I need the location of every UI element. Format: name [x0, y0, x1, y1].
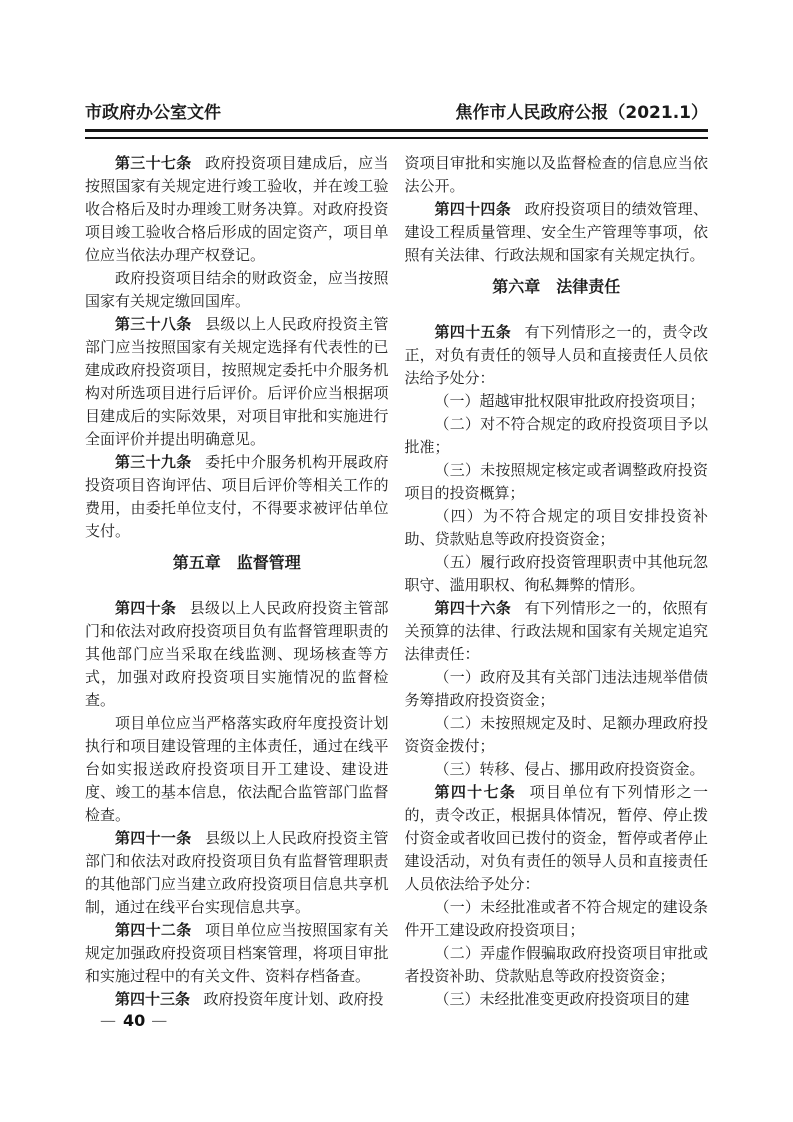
article-text: 政府投资年度计划、政府投	[204, 990, 384, 1008]
article-number: 第四十七条	[435, 783, 517, 801]
article-text: （二）弄虚作假骗取政府投资项目审批或者投资补助、贷款贴息等政府投资资金；	[405, 944, 709, 985]
article-text: （一）政府及其有关部门违法违规举借债务筹措政府投资资金；	[405, 668, 709, 709]
article-paragraph: 第四十五条有下列情形之一的，责令改正，对负有责任的领导人员和直接责任人员依法给予…	[405, 321, 709, 390]
list-item-paragraph: （二）对不符合规定的政府投资项目予以批准；	[405, 413, 709, 459]
list-item-paragraph: （二）未按照规定及时、足额办理政府投资资金拨付；	[405, 712, 709, 758]
article-paragraph: 第四十一条县级以上人民政府投资主管部门和依法对政府投资项目负有监督管理职责的其他…	[85, 827, 389, 919]
article-text: 县级以上人民政府投资主管部门应当按照国家有关规定选择有代表性的已建成政府投资项目…	[85, 315, 389, 448]
article-paragraph: 第三十七条政府投资项目建成后，应当按照国家有关规定进行竣工验收，并在竣工验收合格…	[85, 152, 389, 267]
article-paragraph: 第四十二条项目单位应当按照国家有关规定加强政府投资项目档案管理，将项目审批和实施…	[85, 919, 389, 988]
column-right: 资项目审批和实施以及监督检查的信息应当依法公开。 第四十四条政府投资项目的绩效管…	[405, 152, 709, 1011]
article-paragraph: 第四十条县级以上人民政府投资主管部门和依法对政府投资项目负有监督管理职责的其他部…	[85, 597, 389, 712]
list-item-paragraph: （三）未按照规定核定或者调整政府投资项目的投资概算；	[405, 459, 709, 505]
column-left: 第三十七条政府投资项目建成后，应当按照国家有关规定进行竣工验收，并在竣工验收合格…	[85, 152, 389, 1011]
article-number: 第四十三条	[115, 990, 190, 1008]
article-paragraph: 第四十六条有下列情形之一的，依照有关预算的法律、行政法规和国家有关规定追究法律责…	[405, 597, 709, 666]
article-paragraph: 第四十三条政府投资年度计划、政府投	[85, 988, 389, 1011]
header-right-title: 焦作市人民政府公报（2021.1）	[455, 103, 708, 123]
article-number: 第四十条	[115, 599, 176, 617]
list-item-paragraph: （三）转移、侵占、挪用政府投资资金。	[405, 758, 709, 781]
article-text: （三）转移、侵占、挪用政府投资资金。	[435, 760, 705, 778]
article-number: 第三十七条	[115, 154, 192, 172]
list-item-paragraph: （一）未经批准或者不符合规定的建设条件开工建设政府投资项目；	[405, 896, 709, 942]
article-text: （五）履行政府投资管理职责中其他玩忽职守、滥用职权、徇私舞弊的情形。	[405, 553, 709, 594]
header-double-rule	[85, 129, 708, 139]
continuation-paragraph: 资项目审批和实施以及监督检查的信息应当依法公开。	[405, 152, 709, 198]
article-text: （一）超越审批权限审批政府投资项目；	[435, 392, 705, 410]
article-paragraph: 第四十四条政府投资项目的绩效管理、建设工程质量管理、安全生产管理等事项，依照有关…	[405, 198, 709, 267]
article-number: 第四十五条	[435, 323, 512, 341]
list-item-paragraph: （一）超越审批权限审批政府投资项目；	[405, 390, 709, 413]
footer-right-dash: —	[151, 1011, 168, 1030]
footer-left-dash: —	[100, 1011, 117, 1030]
list-item-paragraph: （一）政府及其有关部门违法违规举借债务筹措政府投资资金；	[405, 666, 709, 712]
article-paragraph: 第三十九条委托中介服务机构开展政府投资项目咨询评估、项目后评价等相关工作的费用，…	[85, 451, 389, 543]
header-left-title: 市政府办公室文件	[85, 103, 221, 123]
article-number: 第三十九条	[115, 453, 192, 471]
article-text: （二）未按照规定及时、足额办理政府投资资金拨付；	[405, 714, 709, 755]
chapter-heading: 第五章 监督管理	[85, 551, 389, 575]
page-footer: —40—	[100, 1010, 168, 1032]
page-content: 市政府办公室文件 焦作市人民政府公报（2021.1） 第三十七条政府投资项目建成…	[85, 103, 708, 1011]
body-paragraph: 政府投资项目结余的财政资金，应当按照国家有关规定缴回国库。	[85, 267, 389, 313]
body-paragraph: 项目单位应当严格落实政府年度投资计划执行和项目建设管理的主体责任，通过在线平台如…	[85, 712, 389, 827]
article-text: 政府投资项目结余的财政资金，应当按照国家有关规定缴回国库。	[85, 269, 389, 310]
article-text: （一）未经批准或者不符合规定的建设条件开工建设政府投资项目；	[405, 898, 709, 939]
article-number: 第四十一条	[115, 829, 192, 847]
article-text: 项目单位应当严格落实政府年度投资计划执行和项目建设管理的主体责任，通过在线平台如…	[85, 714, 389, 824]
article-text: 资项目审批和实施以及监督检查的信息应当依法公开。	[405, 154, 709, 195]
page-header: 市政府办公室文件 焦作市人民政府公报（2021.1）	[85, 103, 708, 123]
article-text: （四）为不符合规定的项目安排投资补助、贷款贴息等政府投资资金；	[405, 507, 709, 548]
two-column-body: 第三十七条政府投资项目建成后，应当按照国家有关规定进行竣工验收，并在竣工验收合格…	[85, 152, 708, 1011]
gazette-page: 市政府办公室文件 焦作市人民政府公报（2021.1） 第三十七条政府投资项目建成…	[0, 0, 793, 1122]
list-item-paragraph: （二）弄虚作假骗取政府投资项目审批或者投资补助、贷款贴息等政府投资资金；	[405, 942, 709, 988]
chapter-heading: 第六章 法律责任	[405, 275, 709, 299]
article-paragraph: 第四十七条项目单位有下列情形之一的，责令改正，根据具体情况，暂停、停止拨付资金或…	[405, 781, 709, 896]
article-text: （三）未按照规定核定或者调整政府投资项目的投资概算；	[405, 461, 709, 502]
article-text: （三）未经批准变更政府投资项目的建	[435, 990, 690, 1008]
article-number: 第三十八条	[115, 315, 192, 333]
article-paragraph: 第三十八条县级以上人民政府投资主管部门应当按照国家有关规定选择有代表性的已建成政…	[85, 313, 389, 451]
article-number: 第四十二条	[115, 921, 192, 939]
article-text: （二）对不符合规定的政府投资项目予以批准；	[405, 415, 709, 456]
list-item-paragraph: （四）为不符合规定的项目安排投资补助、贷款贴息等政府投资资金；	[405, 505, 709, 551]
list-item-paragraph: （三）未经批准变更政府投资项目的建	[405, 988, 709, 1011]
list-item-paragraph: （五）履行政府投资管理职责中其他玩忽职守、滥用职权、徇私舞弊的情形。	[405, 551, 709, 597]
article-number: 第四十六条	[435, 599, 512, 617]
page-number: 40	[123, 1011, 145, 1030]
article-number: 第四十四条	[435, 200, 512, 218]
